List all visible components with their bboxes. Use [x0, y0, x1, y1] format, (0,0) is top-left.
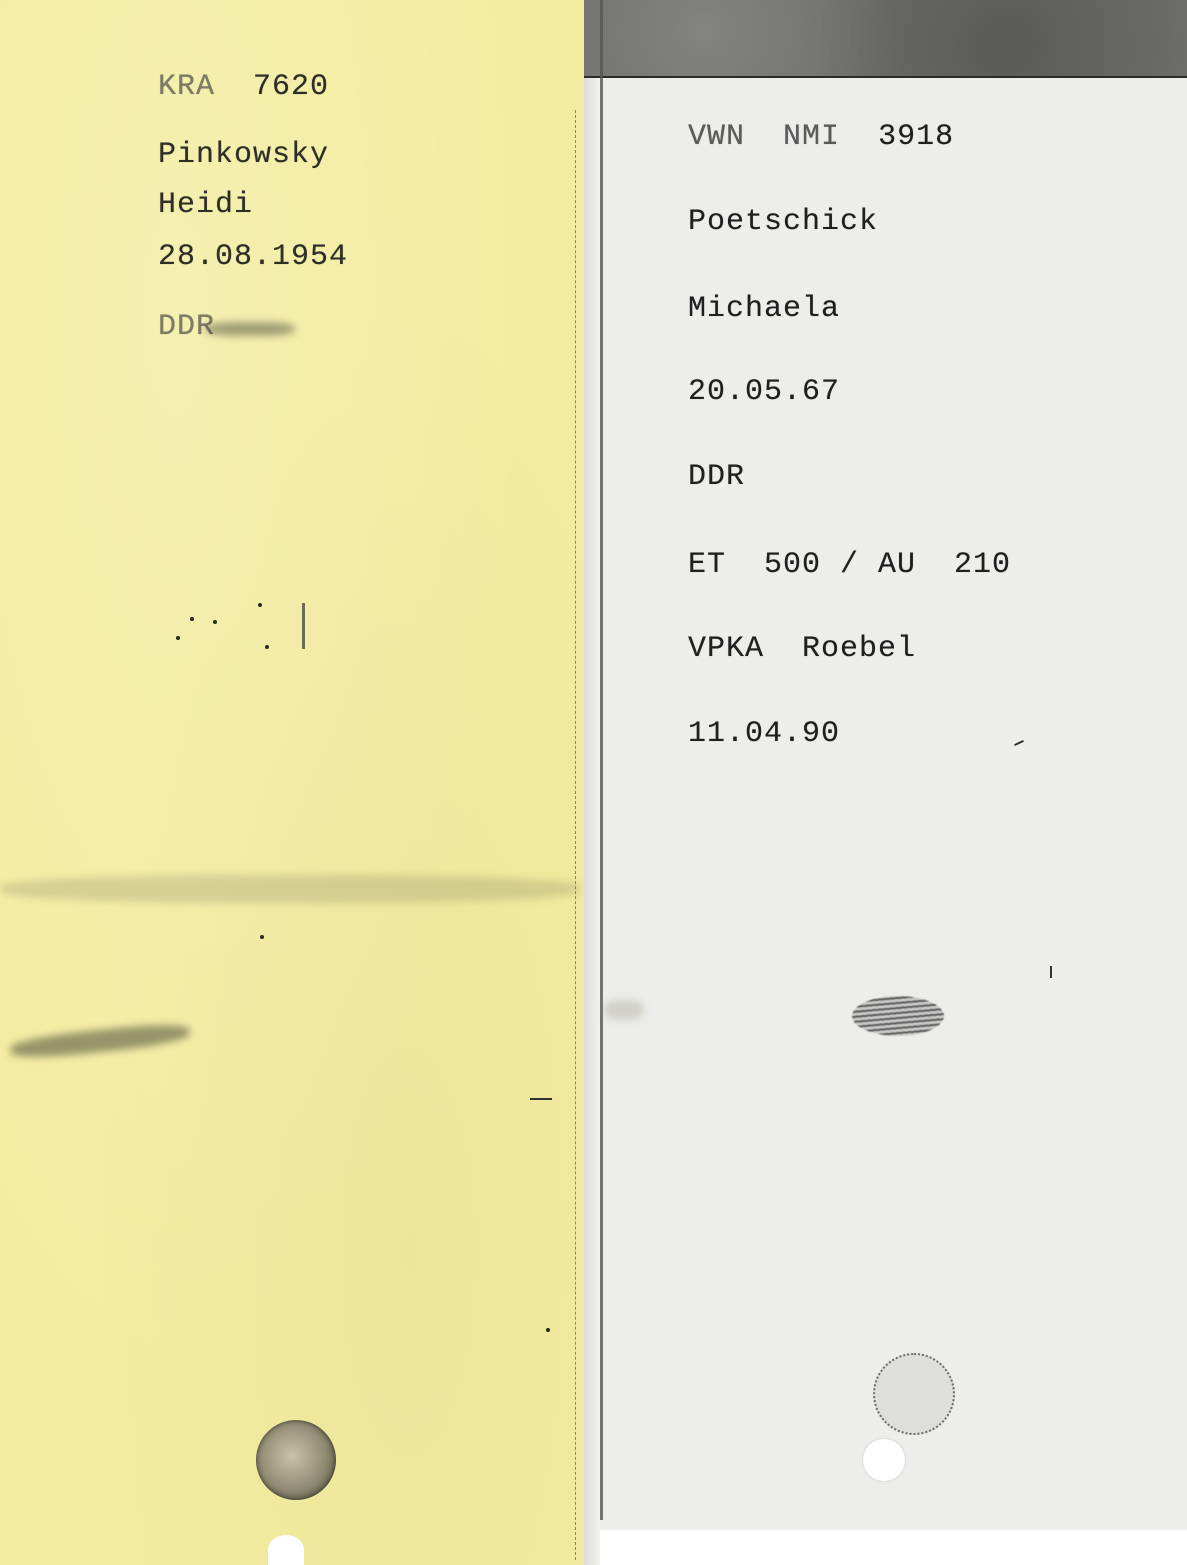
birth-date: 20.05.67	[688, 375, 840, 409]
card-edge-shadow	[584, 0, 600, 1565]
index-card-left: KRA 7620 Pinkowsky Heidi 28.08.1954 DDR	[0, 0, 584, 1565]
ink-smear	[205, 322, 295, 336]
authority: VPKA Roebel	[688, 632, 916, 666]
code-number: 3918	[878, 120, 954, 154]
speck	[546, 1328, 550, 1332]
index-card-right: VWN NMI 3918 Poetschick Michaela 20.05.6…	[584, 0, 1187, 1565]
surname: Poetschick	[688, 205, 878, 239]
punch-hole-outline	[873, 1353, 955, 1435]
speck	[260, 935, 264, 939]
punch-hole	[863, 1439, 905, 1481]
code-prefix: KRA	[158, 70, 215, 104]
first-name: Heidi	[158, 188, 253, 222]
card-notch	[268, 1535, 304, 1565]
punch-hole	[256, 1420, 336, 1500]
code-prefix-2: NMI	[783, 120, 840, 154]
country: DDR	[688, 460, 745, 494]
speck	[176, 636, 180, 640]
speck	[213, 620, 217, 624]
code-prefix-1: VWN	[688, 120, 745, 154]
speck	[258, 603, 262, 607]
record-date: 11.04.90	[688, 717, 840, 751]
perforation-line	[575, 110, 576, 1560]
ink-mark	[1050, 966, 1052, 978]
card-code: VWN NMI 3918	[688, 120, 954, 154]
ink-mark	[1014, 740, 1024, 746]
card-bottom-edge	[600, 1530, 1187, 1565]
speck	[190, 617, 194, 621]
header-band	[584, 0, 1187, 78]
ink-dash	[530, 1098, 552, 1100]
surname: Pinkowsky	[158, 138, 329, 172]
scan-smudge	[604, 1000, 644, 1020]
card-code: KRA 7620	[158, 70, 329, 104]
ink-blot	[852, 996, 944, 1036]
birth-date: 28.08.1954	[158, 240, 348, 274]
ink-mark	[302, 603, 305, 649]
card-left-border	[600, 0, 603, 1520]
ink-streak	[9, 1021, 190, 1062]
scan-band	[0, 875, 580, 903]
speck	[265, 645, 269, 649]
first-name: Michaela	[688, 292, 840, 326]
reference-code: ET 500 / AU 210	[688, 548, 1011, 582]
code-number: 7620	[253, 70, 329, 104]
